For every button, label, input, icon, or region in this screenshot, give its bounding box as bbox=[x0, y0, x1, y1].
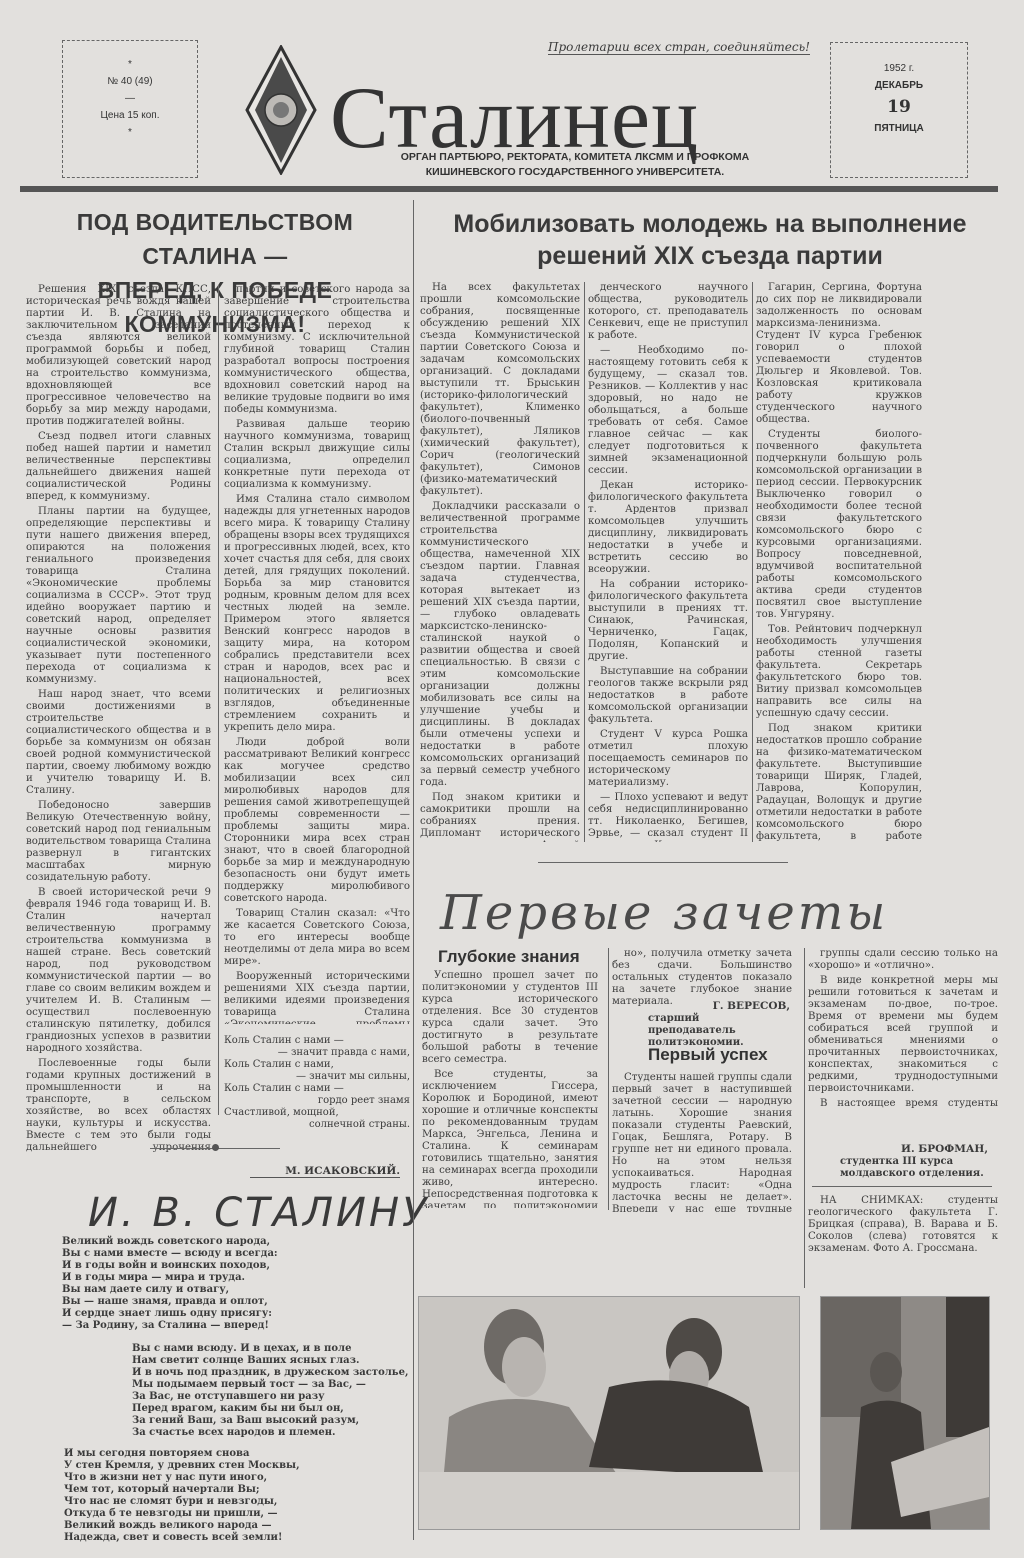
verse-line: Нам светит солнце Ваших ясных глаз. bbox=[132, 1355, 408, 1367]
paragraph: Вооруженный историческими решениями XIX … bbox=[224, 971, 410, 1024]
paragraph: Товарищ Сталин сказал: «Что же касается … bbox=[224, 908, 410, 968]
verse-line: Мы подымаем первый тост — за Вас, — bbox=[132, 1379, 408, 1391]
paragraph: группы сдали сессию только на «хорошо» и… bbox=[808, 948, 998, 972]
paragraph: Тов. Рейнтович подчеркнул необходимость … bbox=[756, 624, 922, 720]
editorial-headline-line1: ПОД ВОДИТЕЛЬСТВОМ СТАЛИНА — bbox=[20, 205, 410, 273]
verse-line: И сердце знает лишь одну присягу: bbox=[62, 1308, 278, 1320]
date-box: 1952 г. ДЕКАБРЬ 19 ПЯТНИЦА bbox=[830, 42, 968, 178]
paragraph: На всех факультетах прошли комсомольские… bbox=[420, 282, 580, 498]
column-divider bbox=[608, 948, 609, 1210]
paragraph: но», получила отметку зачета без сдачи. … bbox=[612, 948, 792, 1008]
verse-line: Счастливой, мощной, bbox=[224, 1107, 410, 1119]
ornament-dot bbox=[212, 1144, 219, 1151]
caption-label: НА СНИМКАХ: bbox=[820, 1195, 923, 1206]
story-title-deep-knowledge: Глубокие знания bbox=[438, 947, 580, 967]
paragraph: Декан историко-филологического факультет… bbox=[588, 480, 748, 576]
star-ornament: * bbox=[63, 127, 197, 138]
poem-stanza-3: И мы сегодня повторяем сноваУ стен Кремл… bbox=[64, 1448, 300, 1544]
paragraph: Под знаком критики недостатков прошло со… bbox=[756, 723, 922, 842]
column-divider bbox=[804, 948, 805, 1288]
paragraph: Послевоенные годы были годами крупных до… bbox=[26, 1058, 211, 1154]
editorial-column-2: партии и советского народа за завершение… bbox=[224, 284, 410, 1024]
paragraph: — Плохо успевают и ведут себя недисципли… bbox=[588, 792, 748, 842]
paragraph: Успешно прошел зачет по политэкономии у … bbox=[422, 970, 598, 1066]
paragraph: Наш народ знает, что всеми своими достиж… bbox=[26, 689, 211, 797]
paragraph: Съезд подвел итоги славных побед нашей п… bbox=[26, 431, 211, 503]
verse-line: Вы нам даете силу и отвагу, bbox=[62, 1284, 278, 1296]
verse-line: И мы сегодня повторяем снова bbox=[64, 1448, 300, 1460]
paragraph: Выступавшие на собрании геологов также в… bbox=[588, 666, 748, 726]
poem-title: И. В. СТАЛИНУ bbox=[88, 1190, 429, 1236]
price: Цена 15 коп. bbox=[63, 110, 197, 121]
year: 1952 г. bbox=[831, 63, 967, 74]
verse-line: И в годы мира — мира и труда. bbox=[62, 1272, 278, 1284]
verse-line: Великий вождь советского народа, bbox=[62, 1236, 278, 1248]
paragraph: денческого научного общества, руководите… bbox=[588, 282, 748, 342]
verse-line: Перед врагом, каким бы ни был он, bbox=[132, 1403, 408, 1415]
article-headline: Мобилизовать молодежь на выполнение реше… bbox=[420, 208, 1000, 272]
paragraph: В своей исторической речи 9 февраля 1946… bbox=[26, 887, 211, 1055]
editorial-column-1: Решения XIX съезда КПСС, историческая ре… bbox=[26, 284, 211, 1154]
verse-line: — За Родину, за Сталина — вперед! bbox=[62, 1320, 278, 1332]
article-column-3: Гагарин, Сергина, Фортуна до сих пор не … bbox=[756, 282, 922, 842]
paragraph: Решения XIX съезда КПСС, историческая ре… bbox=[26, 284, 211, 428]
paragraph: Имя Сталина стало символом надежды для у… bbox=[224, 494, 410, 734]
story1-column-1: Успешно прошел зачет по политэкономии у … bbox=[422, 970, 598, 1208]
column-divider bbox=[584, 282, 585, 842]
poem-stanza-2: Вы с нами всюду. И в цехах, и в полеНам … bbox=[132, 1343, 408, 1439]
paragraph: Под знаком критики и самокритики прошли … bbox=[420, 792, 580, 842]
issue-box: * № 40 (49) — Цена 15 коп. * bbox=[62, 40, 198, 178]
verse-line: Надежда, свет и совесть всей земли! bbox=[64, 1532, 300, 1544]
weekday: ПЯТНИЦА bbox=[831, 123, 967, 134]
paragraph: Планы партии на будущее, определяющие пе… bbox=[26, 506, 211, 686]
paragraph: Студенты нашей группы сдали первый зачет… bbox=[612, 1072, 792, 1212]
verse-line: Коль Сталин с нами — bbox=[224, 1035, 410, 1047]
day: 19 bbox=[831, 97, 967, 117]
paragraph: Люди доброй воли рассматривают Великий к… bbox=[224, 737, 410, 905]
month: ДЕКАБРЬ bbox=[831, 80, 967, 91]
paragraph: Докладчики рассказали о величественной п… bbox=[420, 501, 580, 789]
verse-line: солнечной страны. bbox=[224, 1119, 410, 1131]
paragraph: Студенты биолого-почвенного факультета п… bbox=[756, 429, 922, 621]
paragraph: партии и советского народа за завершение… bbox=[224, 284, 410, 416]
verse-line: И в годы войн и воинских походов, bbox=[62, 1260, 278, 1272]
paragraph: Развивая дальше теорию научного коммуниз… bbox=[224, 419, 410, 491]
paragraph: Гагарин, Сергина, Фортуна до сих пор не … bbox=[756, 282, 922, 426]
verse-line: Великий вождь великого народа — bbox=[64, 1520, 300, 1532]
photo-credit: Фото А. Гроссмана. bbox=[873, 1243, 978, 1254]
photo-two-students bbox=[418, 1296, 800, 1530]
caption-divider bbox=[812, 1186, 992, 1187]
story2-column-2: группы сдали сессию только на «хорошо» и… bbox=[808, 948, 998, 1108]
verse-line: За гений Ваш, за Ваш высокий разум, bbox=[132, 1415, 408, 1427]
paragraph: В виде конкретной меры мы решили готовит… bbox=[808, 975, 998, 1095]
verse-line: Вы с нами всюду. И в цехах, и в поле bbox=[132, 1343, 408, 1355]
paragraph: В настоящее время студенты нашей группы … bbox=[808, 1098, 998, 1108]
signature-veresov: Г. ВЕРЕСОВ, bbox=[620, 1000, 790, 1012]
verse-line: — значит правда с нами, bbox=[224, 1047, 410, 1059]
paragraph: Победоносно завершив Великую Отечественн… bbox=[26, 800, 211, 884]
issue-number: № 40 (49) bbox=[63, 76, 197, 87]
motto: Пролетарии всех стран, соединяйтесь! bbox=[548, 40, 810, 55]
section-divider bbox=[413, 200, 414, 1540]
paragraph: Студент V курса Рошка отметил плохую пос… bbox=[588, 729, 748, 789]
verse-line: У стен Кремля, у древних стен Москвы, bbox=[64, 1460, 300, 1472]
signature-veresov-role: старший преподаватель политэкономии. bbox=[648, 1013, 790, 1049]
paragraph: На собрании историко-филологического фак… bbox=[588, 579, 748, 663]
verse-line: Вы — наше знамя, правда и оплот, bbox=[62, 1296, 278, 1308]
article-headline-line2: решений XIX съезда партии bbox=[420, 240, 1000, 272]
column-divider bbox=[752, 282, 753, 842]
article-headline-line1: Мобилизовать молодежь на выполнение bbox=[420, 208, 1000, 240]
section-title: Первые зачеты bbox=[440, 885, 888, 941]
column-divider bbox=[218, 285, 219, 1115]
signature-brofman: И. БРОФМАН, bbox=[808, 1143, 988, 1155]
photo-student-at-table bbox=[820, 1296, 990, 1530]
verse-line: Что в жизни нет у нас пути иного, bbox=[64, 1472, 300, 1484]
university-badge-icon bbox=[245, 45, 317, 175]
poem-author: М. ИСАКОВСКИЙ. bbox=[250, 1165, 400, 1178]
verse-line: — значит мы сильны, bbox=[224, 1071, 410, 1083]
verse-line: Чем тот, который начертали Вы; bbox=[64, 1484, 300, 1496]
paragraph: — Необходимо по-настоящему готовить себя… bbox=[588, 345, 748, 477]
star-ornament: * bbox=[63, 59, 197, 70]
verse-line: Откуда б те невзгоды ни пришли, — bbox=[64, 1508, 300, 1520]
verse-line: Коль Сталин с нами, bbox=[224, 1059, 410, 1071]
signature-brofman-role: студентка III курса молдавского отделени… bbox=[840, 1156, 1000, 1180]
editorial-verse: Коль Сталин с нами —— значит правда с на… bbox=[224, 1035, 410, 1131]
poem-stanza-1: Великий вождь советского народа,Вы с нам… bbox=[62, 1236, 278, 1332]
paragraph: Все студенты, за исключением Гиссера, Ко… bbox=[422, 1069, 598, 1208]
story2-column-1: Студенты нашей группы сдали первый зачет… bbox=[612, 1072, 792, 1212]
verse-line: За Вас, не отступавшего ни разу bbox=[132, 1391, 408, 1403]
photo-caption: НА СНИМКАХ: студенты геологического факу… bbox=[808, 1195, 998, 1258]
verse-line: За счастье всех народов и племен. bbox=[132, 1427, 408, 1439]
dash-divider: — bbox=[63, 93, 197, 104]
verse-line: И в ночь под праздник, в дружеском засто… bbox=[132, 1367, 408, 1379]
publisher-line-1: ОРГАН ПАРТБЮРО, РЕКТОРАТА, КОМИТЕТА ЛКСМ… bbox=[355, 150, 795, 165]
publisher-line: ОРГАН ПАРТБЮРО, РЕКТОРАТА, КОМИТЕТА ЛКСМ… bbox=[355, 150, 795, 180]
article-column-2: денческого научного общества, руководите… bbox=[588, 282, 748, 842]
article-column-1: На всех факультетах прошли комсомольские… bbox=[420, 282, 580, 842]
section-rule bbox=[538, 862, 788, 863]
verse-line: Коль Сталин с нами — bbox=[224, 1083, 410, 1095]
publisher-line-2: КИШИНЕВСКОГО ГОСУДАРСТВЕННОГО УНИВЕРСИТЕ… bbox=[355, 165, 795, 180]
masthead-rule bbox=[20, 186, 998, 192]
newspaper-page: * № 40 (49) — Цена 15 коп. * Пролетарии … bbox=[0, 0, 1024, 1558]
verse-line: Вы с нами вместе — всюду и всегда: bbox=[62, 1248, 278, 1260]
verse-line: гордо реет знамя bbox=[224, 1095, 410, 1107]
verse-line: Что нас не сломят бури и невзгоды, bbox=[64, 1496, 300, 1508]
story-title-first-success: Первый успех bbox=[648, 1045, 768, 1065]
